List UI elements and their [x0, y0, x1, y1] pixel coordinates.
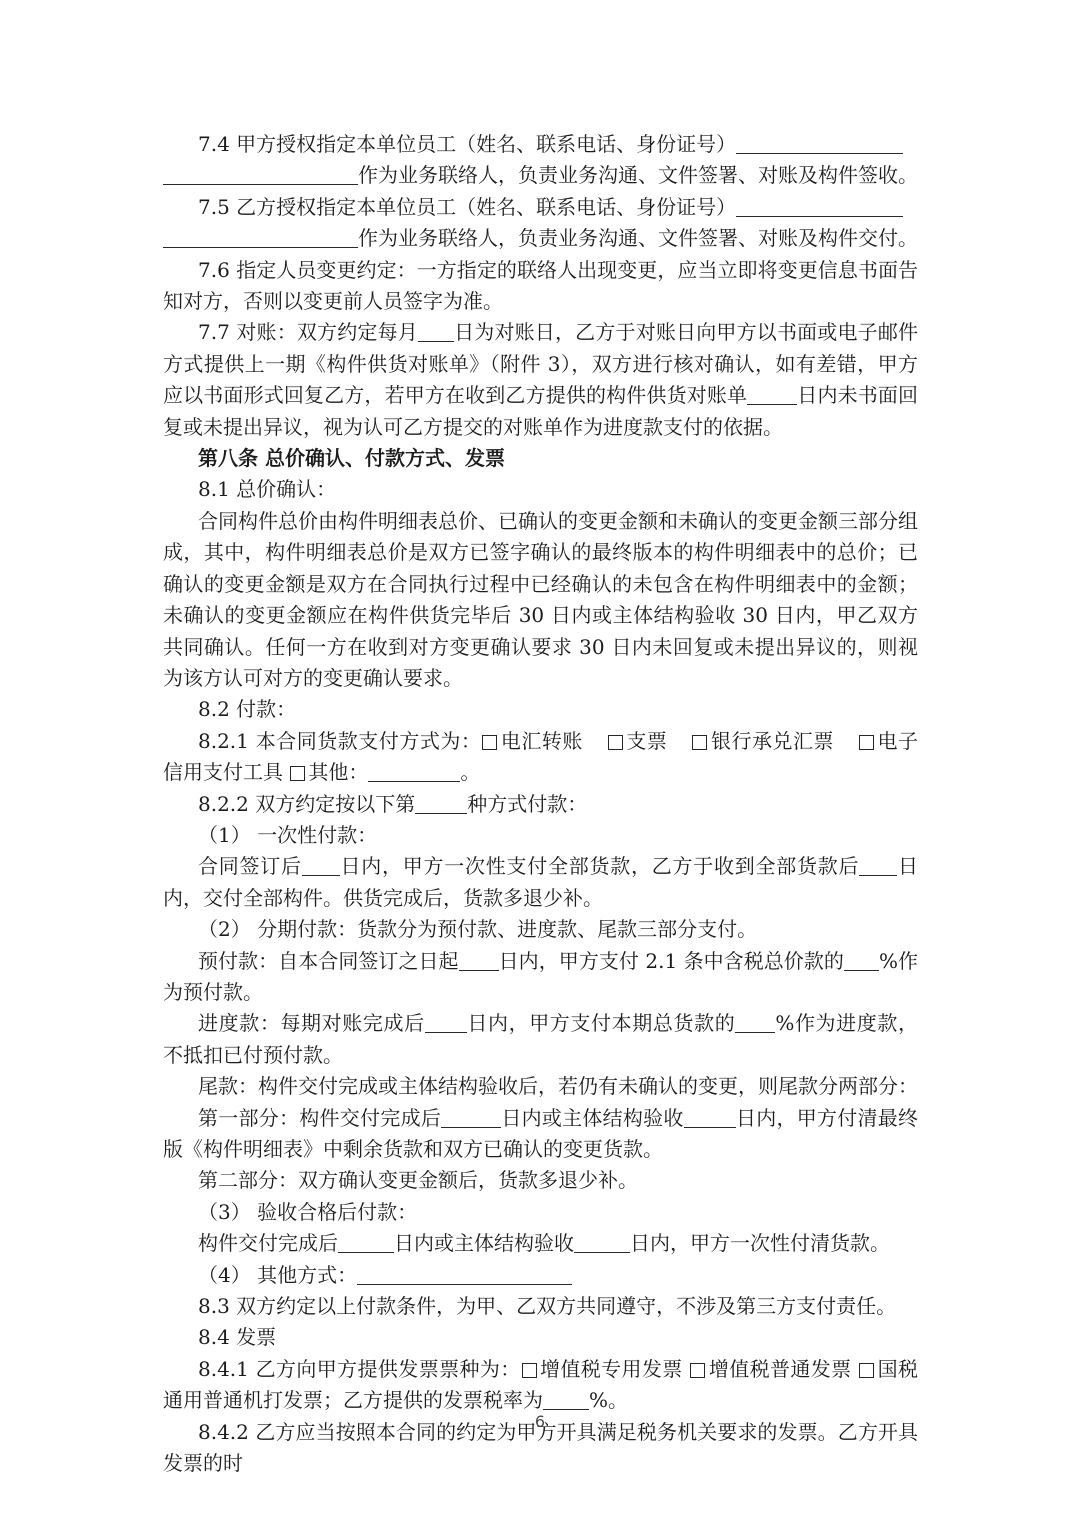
- checkbox-wire-transfer[interactable]: [482, 735, 497, 750]
- blank-part1-delivery-days[interactable]: [441, 1125, 501, 1128]
- clause-8-2-1: 8.2.1 本合同货款支付方式为：电汇转账支票银行承兑汇票电子信用支付工具 其他…: [163, 726, 918, 789]
- blank-days-after-payment[interactable]: [859, 873, 897, 876]
- text-run: 作为业务联络人，负责业务沟通、文件签署、对账及构件交付。: [358, 223, 918, 254]
- spacer: [583, 747, 607, 748]
- payment-option-1-heading: （1） 一次性付款：: [163, 820, 918, 851]
- checkbox-vat-general-invoice[interactable]: [690, 1363, 705, 1378]
- clause-8-1-heading: 8.1 总价确认：: [163, 474, 918, 505]
- checkbox-cheque[interactable]: [608, 735, 623, 750]
- text-run: （2） 分期付款：货款分为预付款、进度款、尾款三部分支付。: [198, 917, 757, 941]
- blank-objection-days[interactable]: [747, 402, 797, 405]
- text-run: 8.3 双方约定以上付款条件，为甲、乙双方共同遵守，不涉及第三方支付责任。: [198, 1294, 896, 1318]
- checkbox-national-tax-general-invoice[interactable]: [859, 1363, 874, 1378]
- blank-payment-option-number[interactable]: [415, 811, 467, 814]
- payment-option-3-body: 构件交付完成后日内或主体结构验收日内，甲方一次性付清货款。: [163, 1228, 918, 1259]
- text-run: 8.4.1 乙方向甲方提供发票票种为：: [198, 1357, 521, 1381]
- clause-7-5-line-1: 7.5 乙方授权指定本单位员工（姓名、联系电话、身份证号）: [163, 192, 918, 223]
- blank-party-b-contact[interactable]: [736, 214, 903, 217]
- text-run: 7.7 对账：双方约定每月: [198, 320, 418, 344]
- text-run: 7.6 指定人员变更约定：一方指定的联络人出现变更，应当立即将变更信息书面告知对…: [163, 258, 918, 313]
- text-run: 构件交付完成后: [198, 1231, 338, 1255]
- text-run: 8.2 付款：: [198, 697, 296, 721]
- blank-party-b-contact-continued[interactable]: [163, 245, 358, 248]
- text-run: 日内或主体结构验收: [394, 1231, 574, 1255]
- text-run: 电汇转账: [500, 729, 583, 753]
- text-run: 支票: [626, 729, 668, 753]
- text-run: 增值税普通发票: [708, 1357, 858, 1381]
- blank-progress-percent[interactable]: [735, 1030, 775, 1033]
- page-footer: 6: [0, 1412, 1080, 1431]
- clause-8-4-1: 8.4.1 乙方向甲方提供发票票种为：增值税专用发票 增值税普通发票 国税通用普…: [163, 1354, 918, 1417]
- checkbox-other-payment[interactable]: [290, 766, 305, 781]
- text-run: 日内，甲方一次性支付全部货款，乙方于收到全部货款后: [340, 854, 860, 878]
- blank-advance-days[interactable]: [459, 968, 499, 971]
- text-run: 日内或主体结构验收: [501, 1106, 684, 1130]
- text-run: %。: [589, 1388, 628, 1412]
- blank-party-a-contact[interactable]: [736, 151, 903, 154]
- payment-option-1-body: 合同签订后日内，甲方一次性支付全部货款，乙方于收到全部货款后日内，交付全部构件。…: [163, 851, 918, 914]
- text-run: 日内，甲方一次性付清货款。: [630, 1231, 890, 1255]
- clause-7-4-line-1: 7.4 甲方授权指定本单位员工（姓名、联系电话、身份证号）: [163, 129, 918, 160]
- text-run: 作为业务联络人，负责业务沟通、文件签署、对账及构件签收。: [358, 160, 918, 191]
- text-run: 进度款：每期对账完成后: [198, 1011, 425, 1035]
- text-run: （4） 其他方式：: [198, 1263, 357, 1287]
- text-run: 第二部分：双方确认变更金额后，货款多退少补。: [198, 1168, 638, 1192]
- payment-option-3-heading: （3） 验收合格后付款：: [163, 1197, 918, 1228]
- text-run: 其他：: [308, 760, 368, 784]
- clause-8-2-2: 8.2.2 双方约定按以下第种方式付款：: [163, 789, 918, 820]
- text-run: 8.2.2 双方约定按以下第: [198, 792, 415, 816]
- text-run: 日内，甲方支付 2.1 条中含税总价款的: [499, 949, 844, 973]
- page-number: 6: [535, 1412, 545, 1431]
- clause-7-6: 7.6 指定人员变更约定：一方指定的联络人出现变更，应当立即将变更信息书面告知对…: [163, 255, 918, 318]
- text-run: 7.5 乙方授权指定本单位员工（姓名、联系电话、身份证号）: [198, 192, 736, 223]
- text-run: 预付款：自本合同签订之日起: [198, 949, 459, 973]
- text-run: 日内，甲方支付本期总货款的: [467, 1011, 736, 1035]
- text-run: 第一部分：构件交付完成后: [198, 1106, 441, 1130]
- blank-reconciliation-day[interactable]: [418, 339, 454, 342]
- text-run: 7.4 甲方授权指定本单位员工（姓名、联系电话、身份证号）: [198, 129, 736, 160]
- checkbox-vat-special-invoice[interactable]: [522, 1363, 537, 1378]
- advance-payment: 预付款：自本合同签订之日起日内，甲方支付 2.1 条中含税总价款的%作为预付款。: [163, 946, 918, 1009]
- clause-7-5-line-2: 作为业务联络人，负责业务沟通、文件签署、对账及构件交付。: [163, 223, 918, 254]
- text-run: （1） 一次性付款：: [198, 823, 377, 847]
- blank-advance-percent[interactable]: [844, 968, 879, 971]
- checkbox-electronic-credit-payment[interactable]: [859, 735, 874, 750]
- payment-option-4: （4） 其他方式：: [163, 1260, 918, 1291]
- clause-8-3: 8.3 双方约定以上付款条件，为甲、乙双方共同遵守，不涉及第三方支付责任。: [163, 1291, 918, 1322]
- spacer: [834, 747, 858, 748]
- text-run: 增值税专用发票: [540, 1357, 690, 1381]
- blank-option3-delivery-days[interactable]: [338, 1250, 394, 1253]
- text-run: 第八条 总价确认、付款方式、发票: [198, 446, 505, 470]
- text-run: 种方式付款：: [467, 792, 587, 816]
- text-run: 尾款：构件交付完成或主体结构验收后，若仍有未确认的变更，则尾款分两部分：: [198, 1074, 918, 1098]
- blank-part1-acceptance-days[interactable]: [684, 1125, 736, 1128]
- final-payment: 尾款：构件交付完成或主体结构验收后，若仍有未确认的变更，则尾款分两部分：: [163, 1071, 918, 1102]
- clause-8-2-heading: 8.2 付款：: [163, 694, 918, 725]
- checkbox-bank-acceptance-bill[interactable]: [692, 735, 707, 750]
- blank-other-payment-method[interactable]: [368, 779, 460, 782]
- contract-document-page: 7.4 甲方授权指定本单位员工（姓名、联系电话、身份证号）作为业务联络人，负责业…: [0, 0, 1080, 1527]
- text-run: 8.1 总价确认：: [198, 477, 336, 501]
- blank-days-after-signing[interactable]: [302, 873, 340, 876]
- blank-other-method[interactable]: [357, 1282, 572, 1285]
- spacer: [667, 747, 691, 748]
- text-run: 8.2.1 本合同货款支付方式为：: [198, 729, 481, 753]
- blank-party-a-contact-continued[interactable]: [163, 182, 358, 185]
- text-run: 合同签订后: [198, 854, 302, 878]
- text-run: 。: [460, 760, 480, 784]
- blank-tax-rate[interactable]: [543, 1407, 589, 1410]
- text-run: （3） 验收合格后付款：: [198, 1200, 417, 1224]
- text-run: 8.4 发票: [198, 1325, 276, 1349]
- clause-7-7: 7.7 对账：双方约定每月日为对账日，乙方于对账日向甲方以书面或电子邮件方式提供…: [163, 317, 918, 443]
- final-payment-part-1: 第一部分：构件交付完成后日内或主体结构验收日内，甲方付清最终版《构件明细表》中剩…: [163, 1103, 918, 1166]
- final-payment-part-2: 第二部分：双方确认变更金额后，货款多退少补。: [163, 1165, 918, 1196]
- clause-8-4-heading: 8.4 发票: [163, 1322, 918, 1353]
- payment-option-2-heading: （2） 分期付款：货款分为预付款、进度款、尾款三部分支付。: [163, 914, 918, 945]
- blank-option3-acceptance-days[interactable]: [574, 1250, 630, 1253]
- article-8-heading: 第八条 总价确认、付款方式、发票: [163, 443, 918, 474]
- text-run: 合同构件总价由构件明细表总价、已确认的变更金额和未确认的变更金额三部分组成，其中…: [163, 509, 918, 690]
- clause-8-1-body: 合同构件总价由构件明细表总价、已确认的变更金额和未确认的变更金额三部分组成，其中…: [163, 506, 918, 694]
- blank-progress-days[interactable]: [425, 1030, 467, 1033]
- document-body: 7.4 甲方授权指定本单位员工（姓名、联系电话、身份证号）作为业务联络人，负责业…: [163, 129, 918, 1479]
- clause-7-4-line-2: 作为业务联络人，负责业务沟通、文件签署、对账及构件签收。: [163, 160, 918, 191]
- progress-payment: 进度款：每期对账完成后日内，甲方支付本期总货款的%作为进度款，不抵扣已付预付款。: [163, 1008, 918, 1071]
- text-run: 银行承兑汇票: [710, 729, 834, 753]
